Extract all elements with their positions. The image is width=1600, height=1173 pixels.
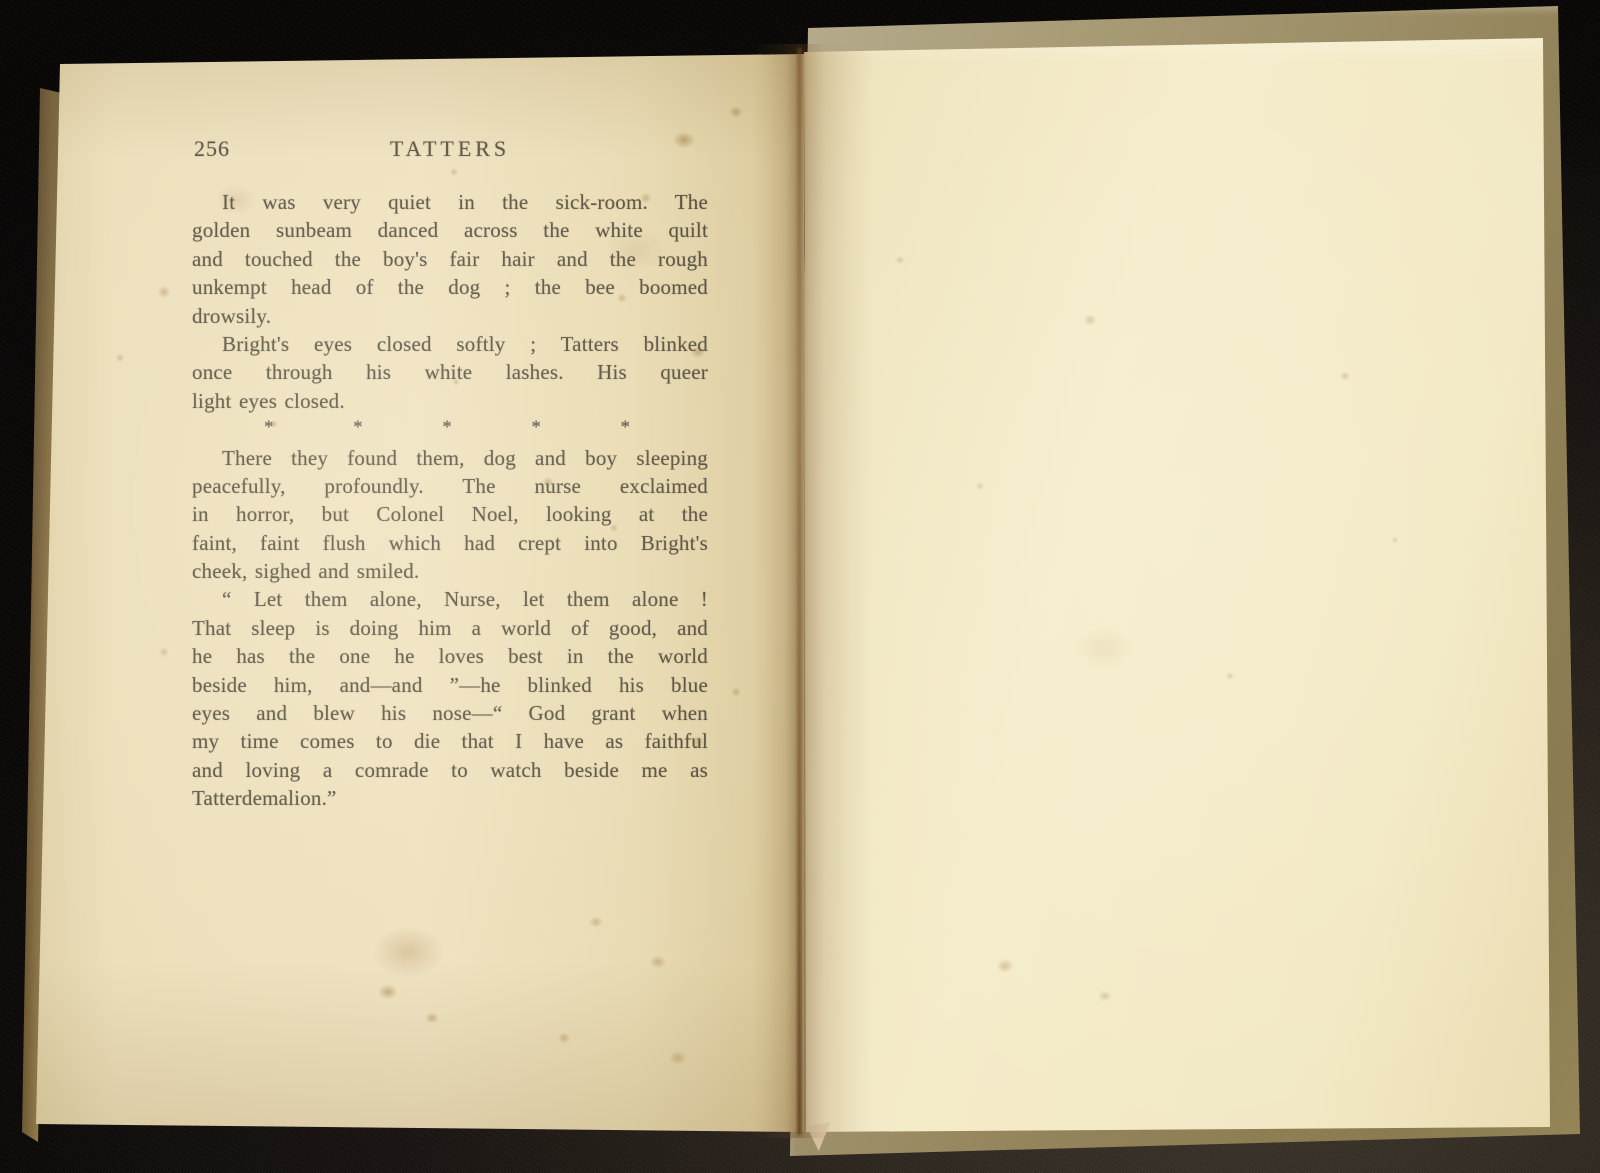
text-line: once through his white lashes. His queer <box>192 358 708 386</box>
open-book: 256 TATTERS It was very quiet in the sic… <box>0 0 1600 1173</box>
text-line: and loving a comrade to watch beside me … <box>192 756 708 784</box>
right-page-shading <box>804 28 1564 1138</box>
text-line: unkempt head of the dog ; the bee boomed <box>192 273 708 301</box>
text-line: drowsily. <box>192 302 708 330</box>
text-line: light eyes closed. <box>192 387 708 415</box>
text-line: golden sunbeam danced across the white q… <box>192 216 708 244</box>
text-line: There they found them, dog and boy sleep… <box>192 444 708 472</box>
asterisk: * <box>353 417 363 443</box>
text-line: in horror, but Colonel Noel, looking at … <box>192 500 708 528</box>
text-line: and touched the boy's fair hair and the … <box>192 245 708 273</box>
asterisk: * <box>531 417 541 443</box>
right-page <box>804 28 1564 1138</box>
left-page: 256 TATTERS It was very quiet in the sic… <box>36 50 804 1135</box>
text-line: peacefully, profoundly. The nurse exclai… <box>192 472 708 500</box>
text-line: “ Let them alone, Nurse, let them alone … <box>192 585 708 613</box>
asterisk: * <box>264 417 274 443</box>
text-line: cheek, sighed and smiled. <box>192 557 708 585</box>
page-header: 256 TATTERS <box>192 136 708 166</box>
text-line: he has the one he loves best in the worl… <box>192 642 708 670</box>
text-line: That sleep is doing him a world of good,… <box>192 614 708 642</box>
page-corner-tab <box>806 1123 833 1153</box>
text-line: eyes and blew his nose—“ God grant when <box>192 699 708 727</box>
running-title: TATTERS <box>192 136 708 162</box>
photo-scene: 256 TATTERS It was very quiet in the sic… <box>0 0 1600 1173</box>
asterisk: * <box>442 417 452 443</box>
text-line: Bright's eyes closed softly ; Tatters bl… <box>192 330 708 358</box>
text-line: beside him, and—and ”—he blinked his blu… <box>192 671 708 699</box>
asterisk-separator: ***** <box>264 415 630 443</box>
foxing-stains-right <box>804 28 1564 1138</box>
text-line: Tatterdemalion.” <box>192 784 708 812</box>
text-line: It was very quiet in the sick-room. The <box>192 188 708 216</box>
text-line: my time comes to die that I have as fait… <box>192 727 708 755</box>
text-block: It was very quiet in the sick-room. Theg… <box>192 188 708 813</box>
text-line: faint, faint flush which had crept into … <box>192 529 708 557</box>
asterisk: * <box>621 417 631 443</box>
